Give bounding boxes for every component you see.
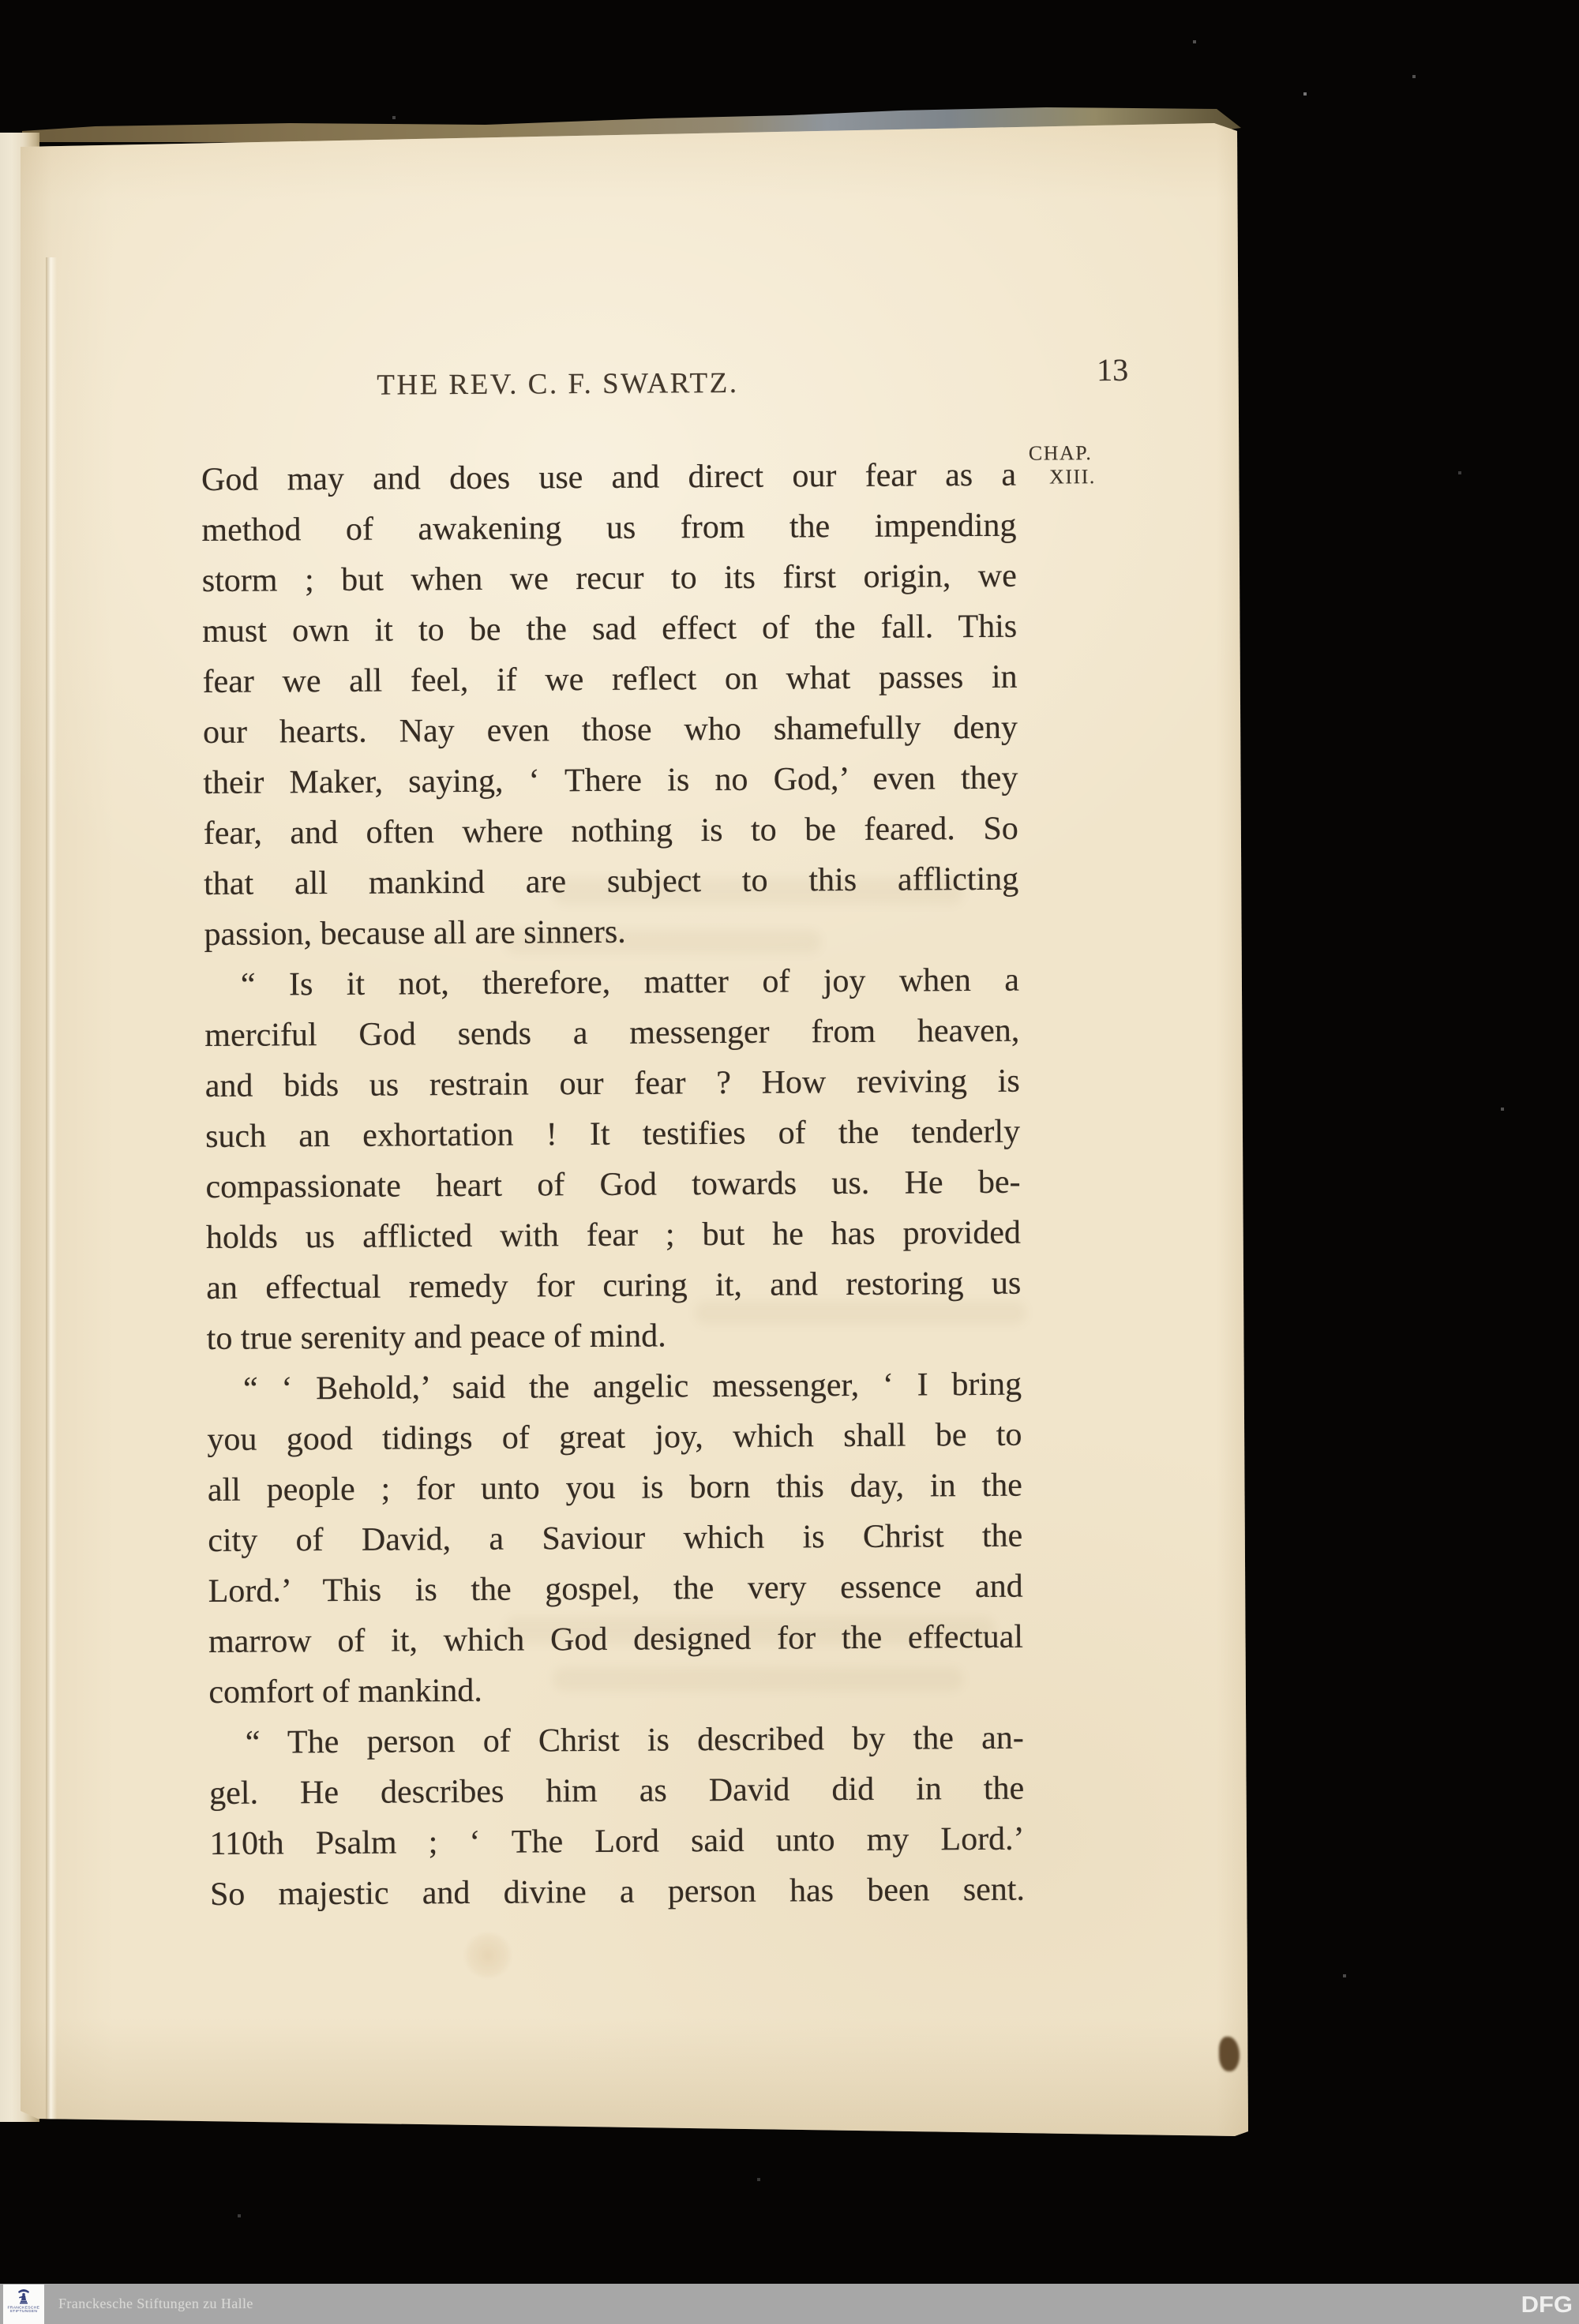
chapter-label: CHAP. bbox=[1029, 441, 1096, 466]
text-line: city of David, a Saviour which is Christ… bbox=[208, 1511, 1022, 1566]
francke-statue-icon bbox=[15, 2287, 32, 2304]
text-line: passion, because all are sinners. bbox=[204, 905, 1018, 960]
text-line: compassionate heart of God towards us. H… bbox=[205, 1157, 1020, 1213]
text-line: all people ; for unto you is born this d… bbox=[208, 1460, 1022, 1516]
footer-bar: FRANCKESCHE STIFTUNGEN Franckesche Stift… bbox=[0, 2284, 1579, 2324]
logo-caption-line2: STIFTUNGEN bbox=[8, 2310, 40, 2314]
text-line: So majestic and divine a person has been… bbox=[210, 1865, 1025, 1920]
text-line: that all mankind are subject to this aff… bbox=[204, 854, 1018, 909]
text-line: must own it to be the sad effect of the … bbox=[202, 602, 1017, 657]
text-line: such an exhortation ! It testifies of th… bbox=[205, 1107, 1020, 1162]
text-line: comfort of mankind. bbox=[208, 1662, 1023, 1718]
text-line: you good tidings of great joy, which sha… bbox=[207, 1410, 1022, 1465]
text-line: gel. He describes him as David did in th… bbox=[209, 1764, 1024, 1819]
text-line: storm ; but when we recur to its first o… bbox=[202, 551, 1017, 606]
text-line: God may and does use and direct our fear… bbox=[201, 450, 1016, 505]
running-header-title: THE REV. C. F. SWARTZ. bbox=[377, 366, 738, 403]
text-line: “ Is it not, therefore, matter of joy wh… bbox=[204, 955, 1019, 1010]
text-line: and bids us restrain our fear ? How revi… bbox=[205, 1056, 1020, 1111]
printed-text-layer: THE REV. C. F. SWARTZ. 13 CHAP. XIII. Go… bbox=[0, 0, 1579, 2324]
franckesche-stiftungen-logo: FRANCKESCHE STIFTUNGEN bbox=[3, 2285, 44, 2324]
text-line: fear, and often where nothing is to be f… bbox=[204, 804, 1018, 859]
text-line: their Maker, saying, ‘ There is no God,’… bbox=[203, 753, 1018, 808]
text-line: to true serenity and peace of mind. bbox=[206, 1309, 1021, 1364]
page-number: 13 bbox=[1097, 351, 1128, 388]
text-line: Lord.’ This is the gospel, the very esse… bbox=[208, 1561, 1022, 1617]
text-line: 110th Psalm ; ‘ The Lord said unto my Lo… bbox=[209, 1814, 1024, 1869]
text-line: “ ‘ Behold,’ said the angelic messenger,… bbox=[207, 1359, 1022, 1415]
institution-name: Franckesche Stiftungen zu Halle bbox=[58, 2284, 253, 2324]
text-line: “ The person of Christ is described by t… bbox=[209, 1713, 1024, 1768]
text-line: holds us afflicted with fear ; but he ha… bbox=[206, 1208, 1021, 1263]
book-scan-stage: THE REV. C. F. SWARTZ. 13 CHAP. XIII. Go… bbox=[0, 0, 1579, 2324]
text-line: an effectual remedy for curing it, and r… bbox=[206, 1258, 1021, 1314]
chapter-margin-note: CHAP. XIII. bbox=[1029, 441, 1096, 489]
text-line: method of awakening us from the impendin… bbox=[201, 500, 1016, 556]
text-line: merciful God sends a messenger from heav… bbox=[204, 1006, 1019, 1061]
text-line: our hearts. Nay even those who shamefull… bbox=[203, 703, 1018, 758]
dfg-logo: DFG bbox=[1521, 2285, 1573, 2322]
text-line: fear we all feel, if we reflect on what … bbox=[202, 652, 1017, 707]
chapter-numeral: XIII. bbox=[1029, 465, 1096, 489]
text-line: marrow of it, which God designed for the… bbox=[208, 1612, 1023, 1667]
logo-caption: FRANCKESCHE STIFTUNGEN bbox=[8, 2306, 40, 2314]
body-text-block: God may and does use and direct our fear… bbox=[201, 450, 1025, 1920]
